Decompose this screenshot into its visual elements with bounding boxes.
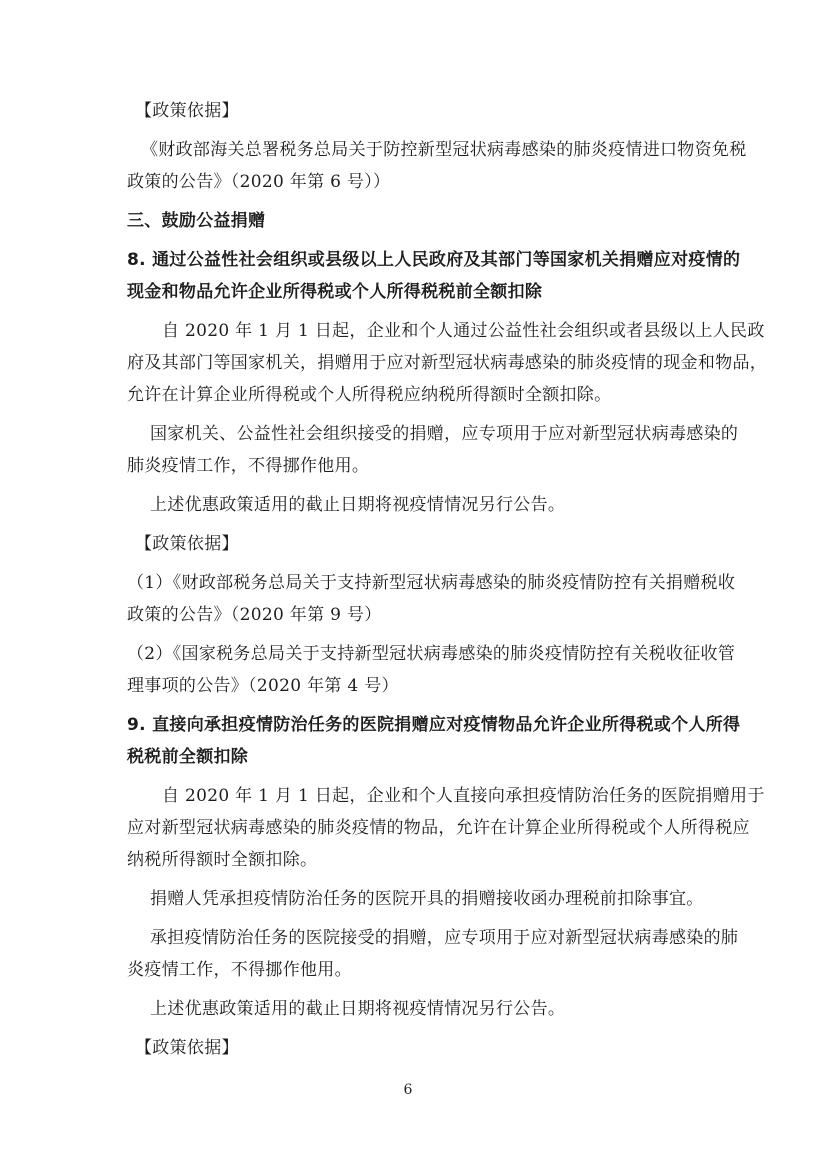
text-line: 【政策依据】	[127, 528, 733, 560]
paragraph: 自 2020 年 1 月 1 日起，企业和个人直接向承担疫情防治任务的医院捐赠用…	[127, 780, 733, 876]
paragraph: 上述优惠政策适用的截止日期将视疫情情况另行公告。	[127, 993, 733, 1025]
text-line: 承担疫情防治任务的医院接受的捐赠，应专项用于应对新型冠状病毒感染的肺	[127, 922, 733, 954]
text-line: 【政策依据】	[127, 95, 733, 127]
text-line: 国家机关、公益性社会组织接受的捐赠，应专项用于应对新型冠状病毒感染的	[127, 418, 733, 450]
text-line: 8. 通过公益性社会组织或县级以上人民政府及其部门等国家机关捐赠应对疫情的	[127, 244, 733, 276]
text-line: 上述优惠政策适用的截止日期将视疫情情况另行公告。	[127, 993, 733, 1025]
paragraph: 承担疫情防治任务的医院接受的捐赠，应专项用于应对新型冠状病毒感染的肺 炎疫情工作…	[127, 922, 733, 986]
citation-item-2: （2）《国家税务总局关于支持新型冠状病毒感染的肺炎疫情防控有关税收征收管 理事项…	[127, 638, 733, 702]
text-line: 炎疫情工作，不得挪作他用。	[127, 954, 733, 986]
paragraph: 国家机关、公益性社会组织接受的捐赠，应专项用于应对新型冠状病毒感染的 肺炎疫情工…	[127, 418, 733, 482]
text-line: 允许在计算企业所得税或个人所得税应纳税所得额时全额扣除。	[127, 379, 733, 411]
text-line: 纳税所得额时全额扣除。	[127, 844, 733, 876]
paragraph: 上述优惠政策适用的截止日期将视疫情情况另行公告。	[127, 489, 733, 521]
text-line: 【政策依据】	[127, 1032, 733, 1064]
document-body: 【政策依据】 《财政部海关总署税务总局关于防控新型冠状病毒感染的肺炎疫情进口物资…	[127, 95, 733, 1071]
policy-basis-label: 【政策依据】	[127, 528, 733, 560]
item-9-heading: 9. 直接向承担疫情防治任务的医院捐赠应对疫情物品允许企业所得税或个人所得 税税…	[127, 709, 733, 773]
text-line: 理事项的公告》（2020 年第 4 号）	[127, 670, 733, 702]
policy-basis-label: 【政策依据】	[127, 95, 733, 127]
text-line: 9. 直接向承担疫情防治任务的医院捐赠应对疫情物品允许企业所得税或个人所得	[127, 709, 733, 741]
text-line: 捐赠人凭承担疫情防治任务的医院开具的捐赠接收函办理税前扣除事宜。	[127, 883, 733, 915]
text-line: （1）《财政部税务总局关于支持新型冠状病毒感染的肺炎疫情防控有关捐赠税收	[127, 567, 733, 599]
section-heading: 三、鼓励公益捐赠	[127, 205, 733, 237]
page-number: 6	[0, 1080, 816, 1100]
text-line: 政策的公告》（2020 年第 6 号））	[127, 166, 733, 198]
text-line: 府及其部门等国家机关，捐赠用于应对新型冠状病毒感染的肺炎疫情的现金和物品，	[127, 347, 733, 379]
text-line: 上述优惠政策适用的截止日期将视疫情情况另行公告。	[127, 489, 733, 521]
text-line: 应对新型冠状病毒感染的肺炎疫情的物品，允许在计算企业所得税或个人所得税应	[127, 812, 733, 844]
paragraph: 捐赠人凭承担疫情防治任务的医院开具的捐赠接收函办理税前扣除事宜。	[127, 883, 733, 915]
paragraph: 自 2020 年 1 月 1 日起，企业和个人通过公益性社会组织或者县级以上人民…	[127, 315, 733, 411]
text-line: 自 2020 年 1 月 1 日起，企业和个人通过公益性社会组织或者县级以上人民…	[127, 315, 733, 347]
policy-citation: 《财政部海关总署税务总局关于防控新型冠状病毒感染的肺炎疫情进口物资免税 政策的公…	[127, 134, 733, 198]
text-line: 现金和物品允许企业所得税或个人所得税税前全额扣除	[127, 276, 733, 308]
text-line: 自 2020 年 1 月 1 日起，企业和个人直接向承担疫情防治任务的医院捐赠用…	[127, 780, 733, 812]
document-page: 【政策依据】 《财政部海关总署税务总局关于防控新型冠状病毒感染的肺炎疫情进口物资…	[0, 0, 827, 1170]
text-line: （2）《国家税务总局关于支持新型冠状病毒感染的肺炎疫情防控有关税收征收管	[127, 638, 733, 670]
text-line: 三、鼓励公益捐赠	[127, 205, 733, 237]
policy-basis-label: 【政策依据】	[127, 1032, 733, 1064]
text-line: 税税前全额扣除	[127, 741, 733, 773]
citation-item-1: （1）《财政部税务总局关于支持新型冠状病毒感染的肺炎疫情防控有关捐赠税收 政策的…	[127, 567, 733, 631]
text-line: 肺炎疫情工作，不得挪作他用。	[127, 450, 733, 482]
text-line: 政策的公告》（2020 年第 9 号）	[127, 599, 733, 631]
text-line: 《财政部海关总署税务总局关于防控新型冠状病毒感染的肺炎疫情进口物资免税	[127, 134, 733, 166]
item-8-heading: 8. 通过公益性社会组织或县级以上人民政府及其部门等国家机关捐赠应对疫情的 现金…	[127, 244, 733, 308]
